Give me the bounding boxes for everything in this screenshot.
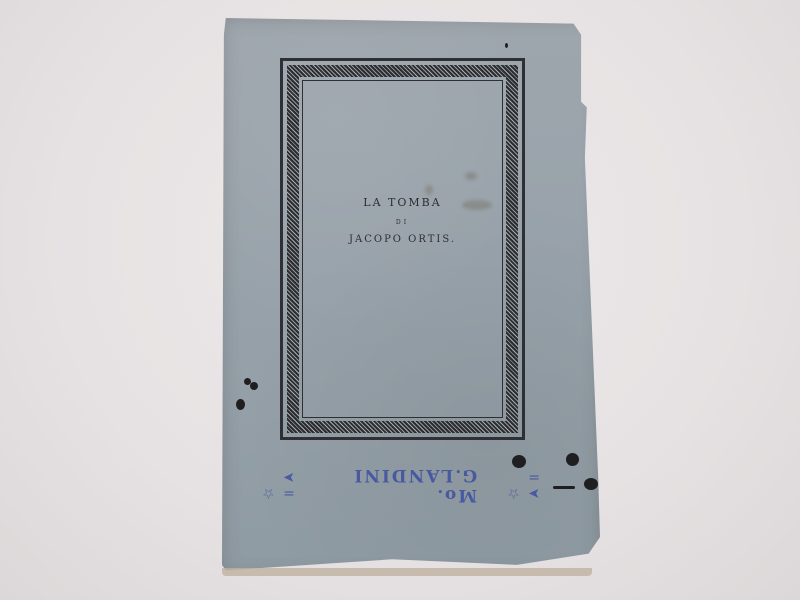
ink-spot — [505, 43, 508, 48]
ink-spot — [250, 382, 258, 390]
ornamental-border-frame — [280, 58, 525, 440]
ink-spot — [512, 455, 526, 468]
ink-spot — [584, 478, 598, 490]
stain — [465, 172, 477, 180]
stamp-ornament-left: ➤ ☆ = — [485, 469, 540, 501]
pamphlet-bottom-edge — [222, 568, 592, 576]
ink-spot — [236, 399, 245, 410]
stain — [425, 185, 433, 195]
ink-spot — [566, 453, 579, 466]
title-line-2: DI — [300, 219, 505, 226]
stamp-text: Mo. G.LANDINI — [303, 465, 477, 505]
owner-stamp: ➤ ☆ = Mo. G.LANDINI = ☆ ➤ — [240, 470, 540, 500]
stain — [462, 200, 492, 210]
ink-spot — [553, 486, 575, 489]
stamp-ornament-right: = ☆ ➤ — [240, 469, 295, 501]
title-line-3: JACOPO ORTIS. — [300, 234, 505, 245]
inner-border-line — [302, 80, 503, 418]
